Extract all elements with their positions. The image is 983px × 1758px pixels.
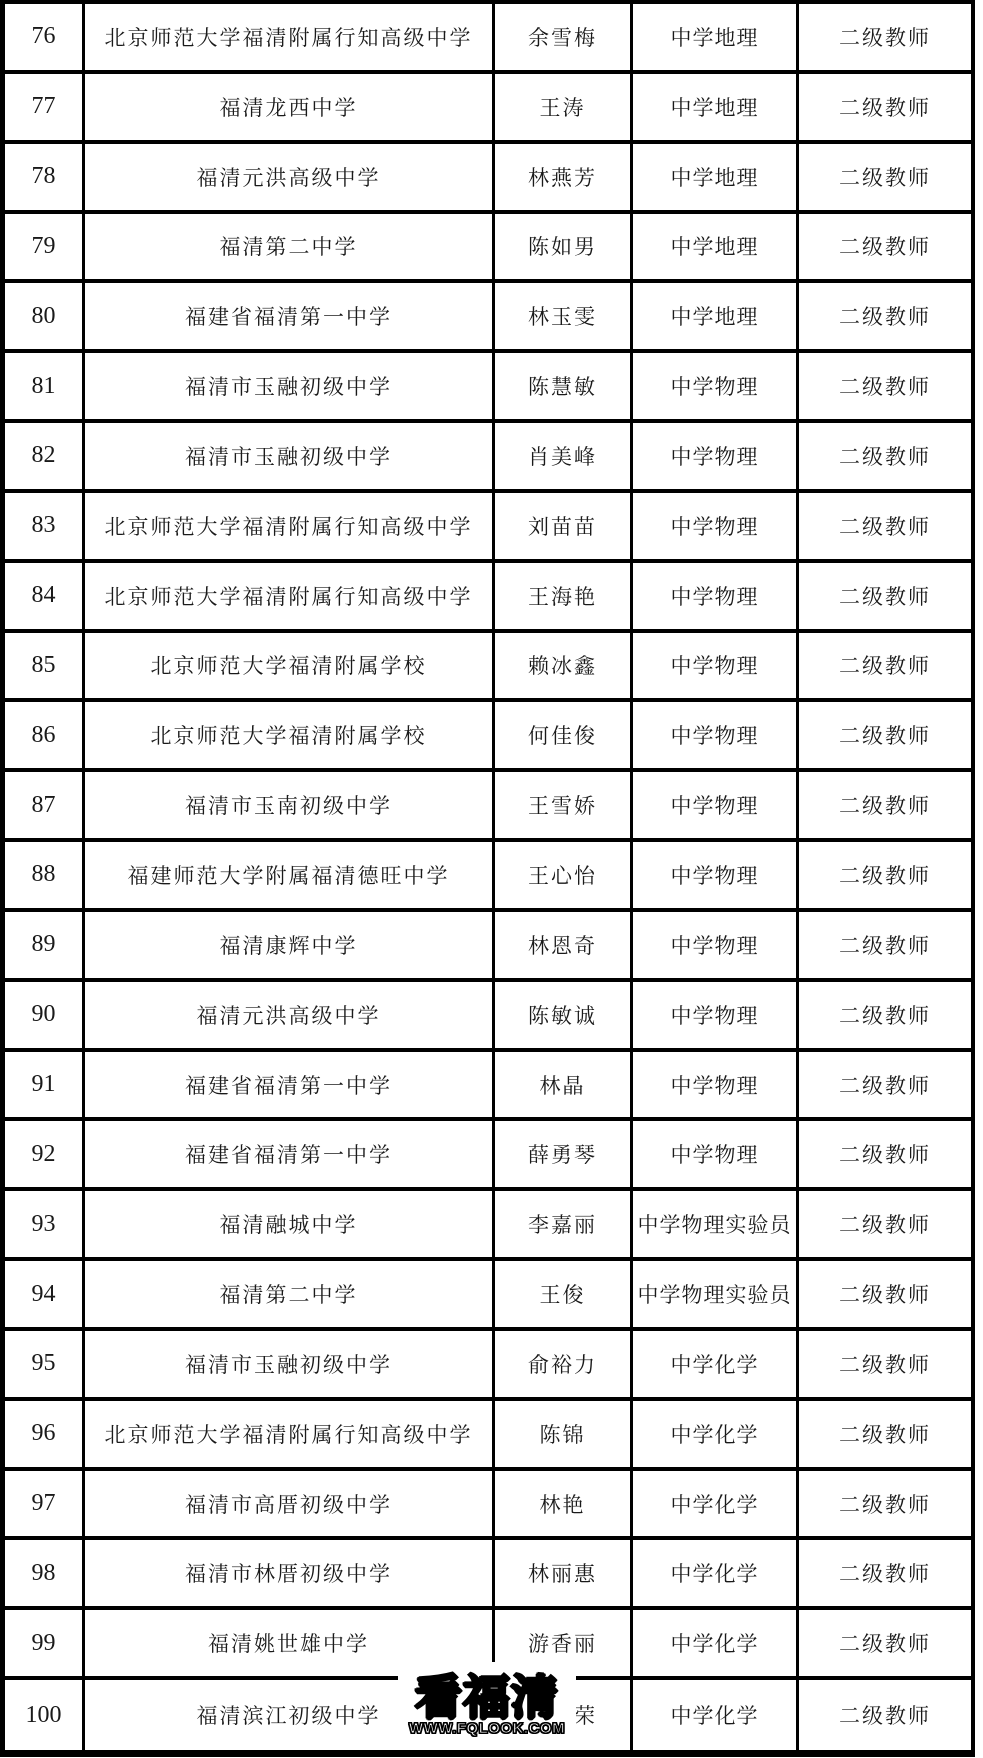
- serial-cell: 92: [5, 1121, 85, 1191]
- title-cell: 二级教师: [799, 423, 971, 493]
- school-cell: 福清融城中学: [85, 1191, 495, 1261]
- subject-cell: 中学化学: [633, 1331, 799, 1401]
- serial-cell: 98: [5, 1540, 85, 1610]
- teacher-name-cell: 林艳: [495, 1471, 633, 1541]
- serial-cell: 88: [5, 842, 85, 912]
- school-cell: 福建省福清第一中学: [85, 1121, 495, 1191]
- serial-cell: 77: [5, 74, 85, 144]
- subject-cell: 中学地理: [633, 4, 799, 74]
- teacher-name-cell: 王涛: [495, 74, 633, 144]
- subject-cell: 中学物理: [633, 982, 799, 1052]
- teacher-name-cell: 陈敏诚: [495, 982, 633, 1052]
- teacher-name-cell: 林晶: [495, 1052, 633, 1122]
- title-cell: 二级教师: [799, 702, 971, 772]
- title-cell: 二级教师: [799, 1261, 971, 1331]
- title-cell: 二级教师: [799, 493, 971, 563]
- subject-cell: 中学物理: [633, 493, 799, 563]
- school-cell: 福清龙西中学: [85, 74, 495, 144]
- subject-cell: 中学化学: [633, 1540, 799, 1610]
- serial-cell: 79: [5, 214, 85, 284]
- subject-cell: 中学化学: [633, 1401, 799, 1471]
- subject-cell: 中学物理: [633, 772, 799, 842]
- serial-cell: 89: [5, 912, 85, 982]
- subject-cell: 中学地理: [633, 214, 799, 284]
- subject-cell: 中学地理: [633, 283, 799, 353]
- subject-cell: 中学地理: [633, 74, 799, 144]
- school-cell: 福清第二中学: [85, 214, 495, 284]
- subject-cell: 中学物理: [633, 1052, 799, 1122]
- school-cell: 福清元洪高级中学: [85, 982, 495, 1052]
- school-cell: 福清元洪高级中学: [85, 144, 495, 214]
- subject-cell: 中学物理实验员: [633, 1191, 799, 1261]
- serial-cell: 81: [5, 353, 85, 423]
- serial-cell: 85: [5, 633, 85, 703]
- teacher-name-cell: 陈慧敏: [495, 353, 633, 423]
- teacher-name-cell: 李嘉丽: [495, 1191, 633, 1261]
- title-cell: 二级教师: [799, 1471, 971, 1541]
- title-cell: 二级教师: [799, 353, 971, 423]
- subject-cell: 中学化学: [633, 1471, 799, 1541]
- serial-cell: 83: [5, 493, 85, 563]
- title-cell: 二级教师: [799, 283, 971, 353]
- teacher-name-cell: 王俊: [495, 1261, 633, 1331]
- title-cell: 二级教师: [799, 912, 971, 982]
- serial-cell: 84: [5, 563, 85, 633]
- subject-cell: 中学物理: [633, 633, 799, 703]
- school-cell: 北京师范大学福清附属行知高级中学: [85, 493, 495, 563]
- teacher-name-cell: 俞裕力: [495, 1331, 633, 1401]
- title-cell: 二级教师: [799, 982, 971, 1052]
- title-cell: 二级教师: [799, 842, 971, 912]
- title-cell: 二级教师: [799, 74, 971, 144]
- serial-cell: 90: [5, 982, 85, 1052]
- serial-cell: 100: [5, 1680, 85, 1750]
- teacher-name-cell: 肖美峰: [495, 423, 633, 493]
- school-cell: 福建师范大学附属福清德旺中学: [85, 842, 495, 912]
- teacher-name-cell: 王心怡: [495, 842, 633, 912]
- school-cell: 北京师范大学福清附属行知高级中学: [85, 563, 495, 633]
- serial-cell: 76: [5, 4, 85, 74]
- teacher-name-cell: 林丽惠: [495, 1540, 633, 1610]
- teacher-name-cell: 林燕芳: [495, 144, 633, 214]
- serial-cell: 95: [5, 1331, 85, 1401]
- school-cell: 北京师范大学福清附属行知高级中学: [85, 1401, 495, 1471]
- serial-cell: 82: [5, 423, 85, 493]
- title-cell: 二级教师: [799, 1540, 971, 1610]
- school-cell: 北京师范大学福清附属学校: [85, 702, 495, 772]
- teacher-name-cell: 陈锦: [495, 1401, 633, 1471]
- school-cell: 福清市玉南初级中学: [85, 772, 495, 842]
- subject-cell: 中学物理实验员: [633, 1261, 799, 1331]
- teacher-name-cell: 陈如男: [495, 214, 633, 284]
- teacher-name-cell: 余雪梅: [495, 4, 633, 74]
- serial-cell: 78: [5, 144, 85, 214]
- teacher-name-cell: 王雪娇: [495, 772, 633, 842]
- title-cell: 二级教师: [799, 214, 971, 284]
- school-cell: 福建省福清第一中学: [85, 1052, 495, 1122]
- serial-cell: 96: [5, 1401, 85, 1471]
- subject-cell: 中学物理: [633, 842, 799, 912]
- watermark-logo-text: 看福清: [415, 1674, 559, 1722]
- serial-cell: 97: [5, 1471, 85, 1541]
- teacher-name-cell: 林恩奇: [495, 912, 633, 982]
- school-cell: 福清第二中学: [85, 1261, 495, 1331]
- title-cell: 二级教师: [799, 772, 971, 842]
- watermark-url-text: WWW.FQLOOK.COM: [409, 1721, 565, 1738]
- school-cell: 福清市高厝初级中学: [85, 1471, 495, 1541]
- school-cell: 福清市玉融初级中学: [85, 1331, 495, 1401]
- teacher-name-cell: 何佳俊: [495, 702, 633, 772]
- serial-cell: 94: [5, 1261, 85, 1331]
- serial-cell: 87: [5, 772, 85, 842]
- subject-cell: 中学物理: [633, 423, 799, 493]
- watermark: 看福清 WWW.FQLOOK.COM: [398, 1662, 576, 1750]
- subject-cell: 中学化学: [633, 1680, 799, 1750]
- subject-cell: 中学地理: [633, 144, 799, 214]
- title-cell: 二级教师: [799, 1121, 971, 1191]
- subject-cell: 中学物理: [633, 1121, 799, 1191]
- subject-cell: 中学物理: [633, 702, 799, 772]
- school-cell: 福建省福清第一中学: [85, 283, 495, 353]
- title-cell: 二级教师: [799, 1610, 971, 1680]
- subject-cell: 中学物理: [633, 563, 799, 633]
- title-cell: 二级教师: [799, 144, 971, 214]
- teacher-name-cell: 林玉雯: [495, 283, 633, 353]
- serial-cell: 80: [5, 283, 85, 353]
- title-cell: 二级教师: [799, 633, 971, 703]
- subject-cell: 中学物理: [633, 353, 799, 423]
- title-cell: 二级教师: [799, 4, 971, 74]
- title-cell: 二级教师: [799, 563, 971, 633]
- teacher-name-cell: 赖冰鑫: [495, 633, 633, 703]
- title-cell: 二级教师: [799, 1680, 971, 1750]
- teacher-name-cell: 薛勇琴: [495, 1121, 633, 1191]
- school-cell: 福清市玉融初级中学: [85, 423, 495, 493]
- school-cell: 福清市林厝初级中学: [85, 1540, 495, 1610]
- subject-cell: 中学化学: [633, 1610, 799, 1680]
- title-cell: 二级教师: [799, 1052, 971, 1122]
- subject-cell: 中学物理: [633, 912, 799, 982]
- teacher-name-cell: 王海艳: [495, 563, 633, 633]
- teacher-table: 76 北京师范大学福清附属行知高级中学 余雪梅 中学地理 二级教师 77 福清龙…: [0, 0, 975, 1757]
- serial-cell: 99: [5, 1610, 85, 1680]
- serial-cell: 91: [5, 1052, 85, 1122]
- school-cell: 北京师范大学福清附属行知高级中学: [85, 4, 495, 74]
- serial-cell: 93: [5, 1191, 85, 1261]
- serial-cell: 86: [5, 702, 85, 772]
- school-cell: 福清康辉中学: [85, 912, 495, 982]
- title-cell: 二级教师: [799, 1191, 971, 1261]
- teacher-name-cell: 刘苗苗: [495, 493, 633, 563]
- title-cell: 二级教师: [799, 1401, 971, 1471]
- school-cell: 福清市玉融初级中学: [85, 353, 495, 423]
- school-cell: 北京师范大学福清附属学校: [85, 633, 495, 703]
- title-cell: 二级教师: [799, 1331, 971, 1401]
